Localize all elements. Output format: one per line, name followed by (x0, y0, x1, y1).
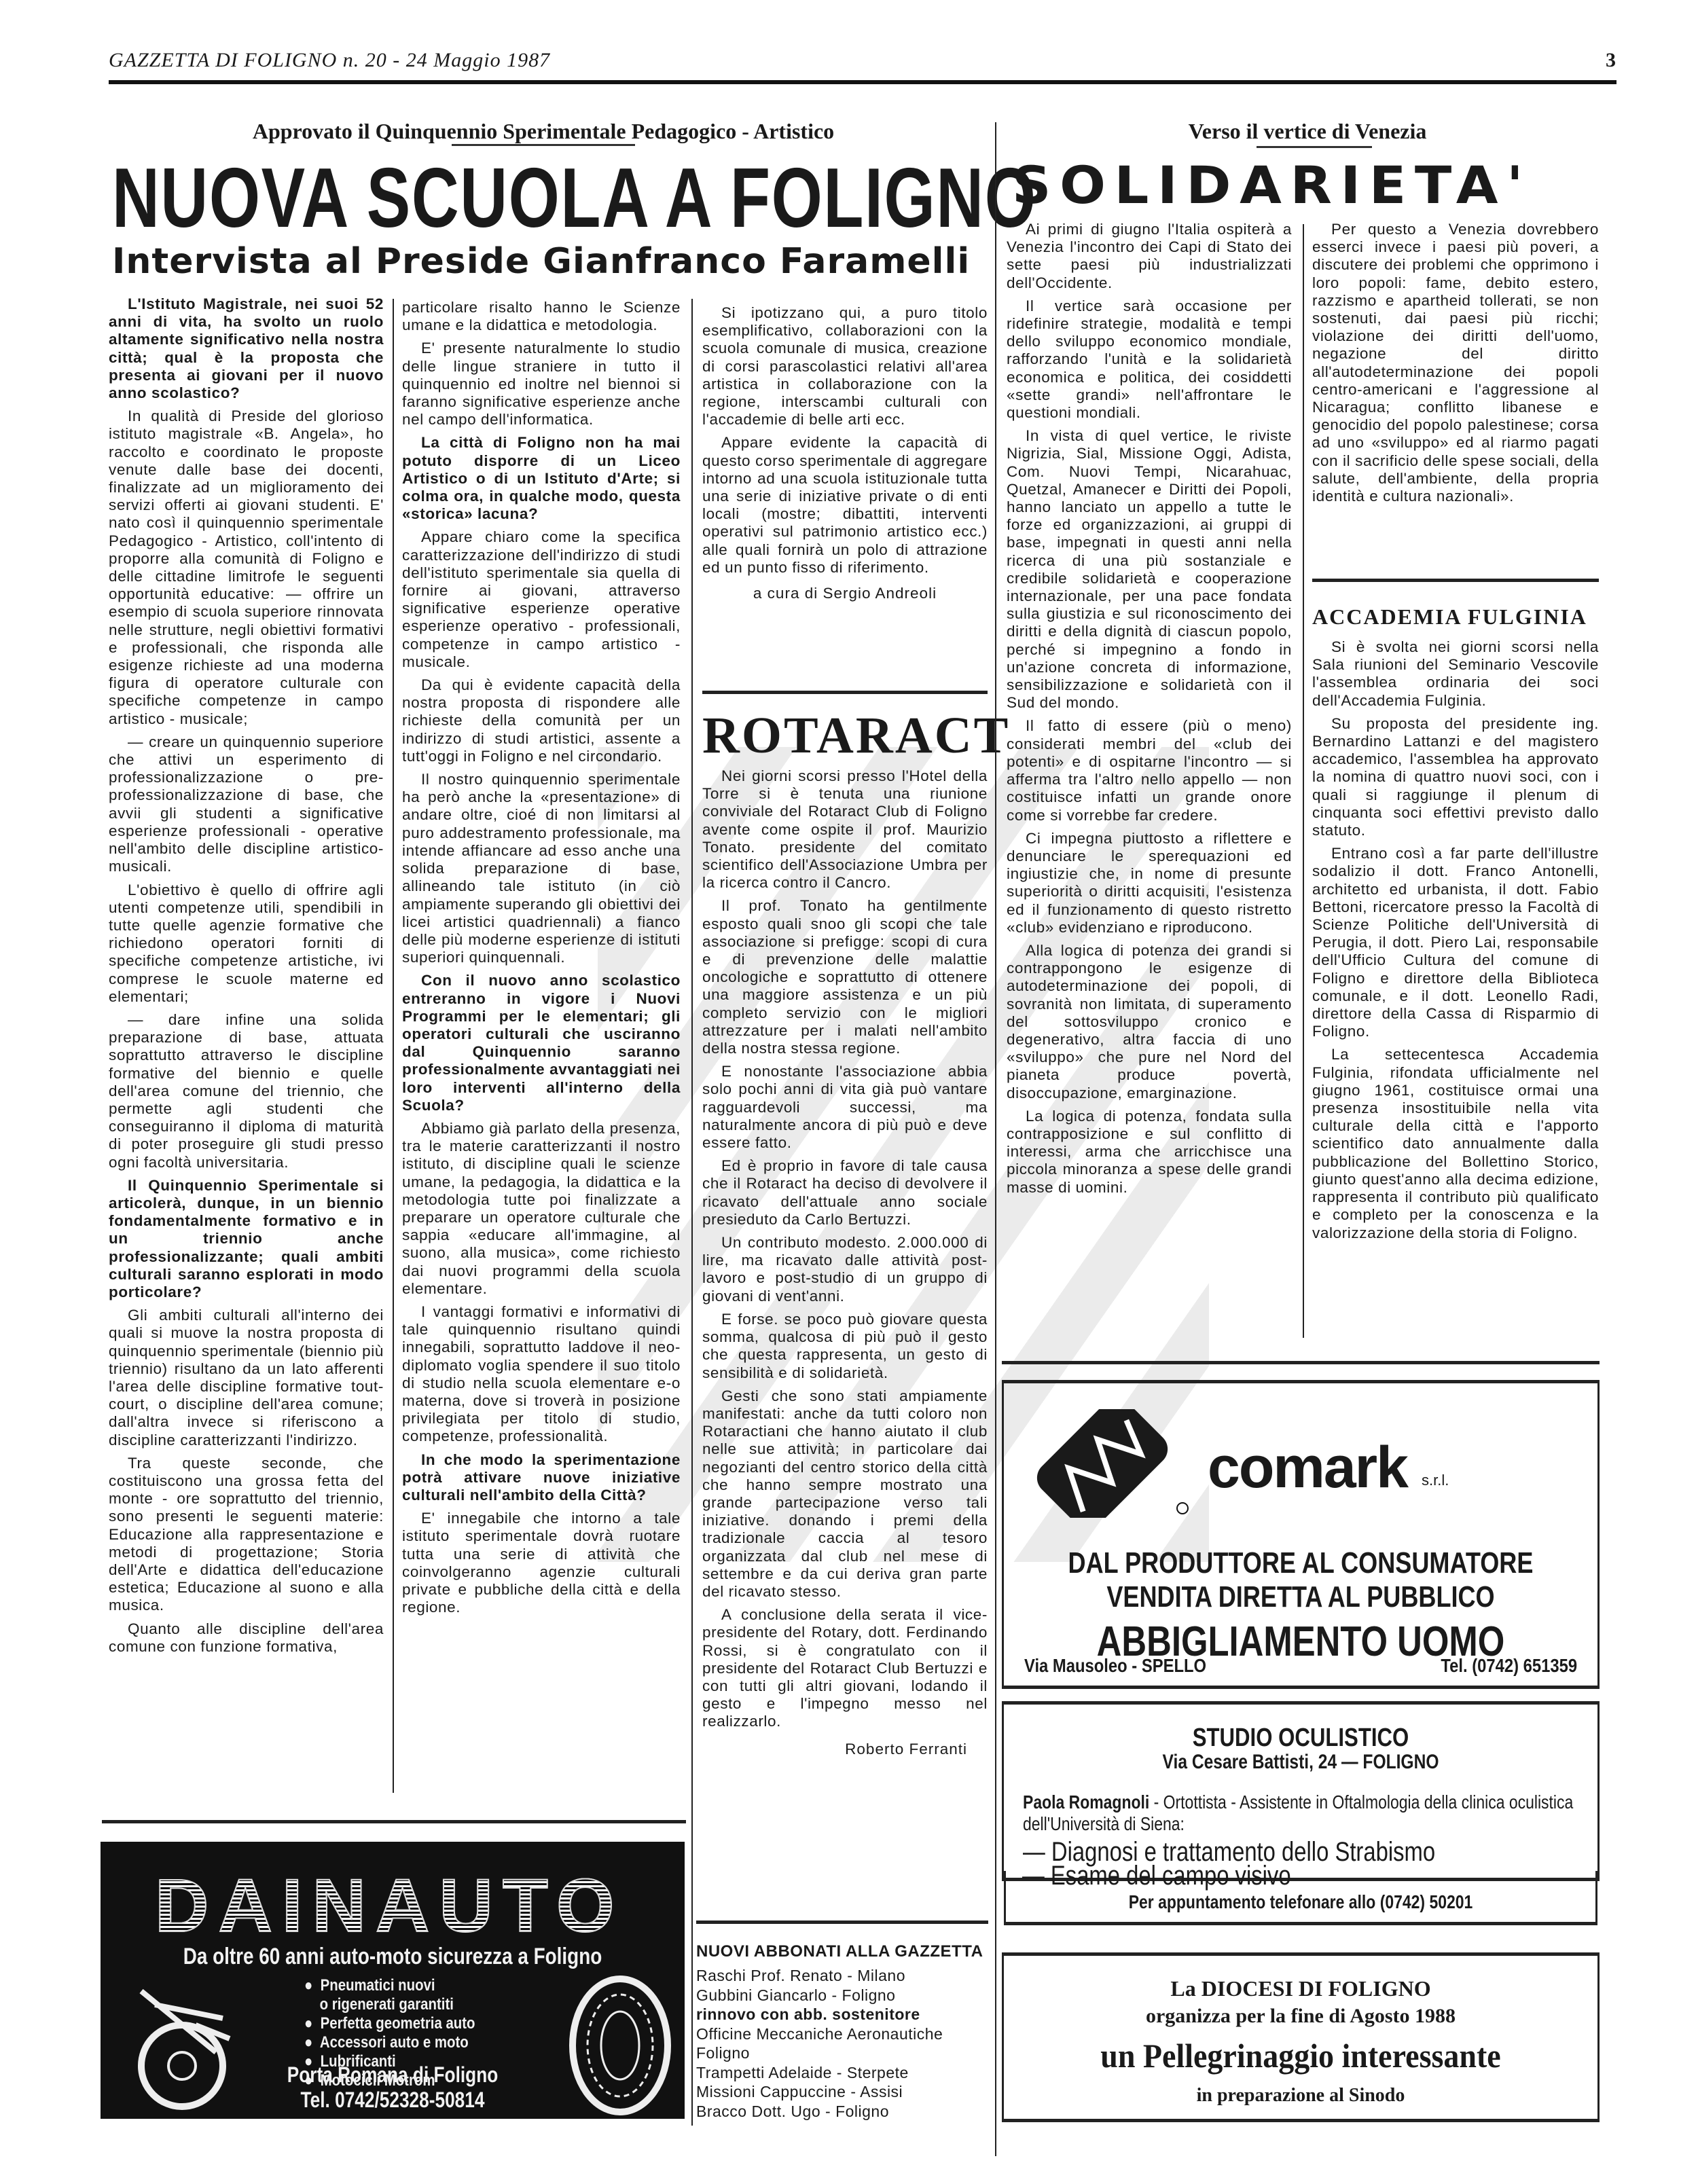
subscriber-line: Trampetti Adelaide - Sterpete (696, 2063, 988, 2083)
paragraph: particolare risalto hanno le Scienze uma… (402, 299, 681, 334)
service-bullet: ● Accessori auto e moto (304, 2033, 535, 2052)
interview-question: Con il nuovo anno scolastico entreranno … (402, 972, 681, 1114)
masthead: GAZZETTA DI FOLIGNO n. 20 - 24 Maggio 19… (109, 49, 1616, 72)
paragraph: Per questo a Venezia dovrebbero esserci … (1312, 221, 1599, 505)
column-divider (691, 299, 693, 2126)
main-article-col-2: particolare risalto hanno le Scienze uma… (402, 299, 681, 1622)
oculistico-ad: STUDIO OCULISTICO Via Cesare Battisti, 2… (1002, 1701, 1600, 1881)
abbonati-list: Raschi Prof. Renato - MilanoGubbini Gian… (696, 1966, 988, 2121)
section-rule (696, 1921, 988, 1924)
paragraph: Un contributo modesto. 2.000.000 di lire… (702, 1234, 988, 1305)
diocesi-line4: in preparazione al Sinodo (1004, 2085, 1597, 2107)
dainauto-ad: DAINAUTO Da oltre 60 anni auto-moto sicu… (101, 1842, 685, 2119)
paragraph: Ed è proprio in favore di tale causa che… (702, 1157, 988, 1228)
kicker-rule (452, 144, 635, 146)
masthead-rule (109, 80, 1616, 84)
subscriber-line: Bracco Dott. Ugo - Foligno (696, 2102, 988, 2122)
paragraph: Il fatto di essere (più o meno) consider… (1007, 717, 1292, 824)
subscriber-line: Gubbini Giancarlo - Foligno (696, 1986, 988, 2005)
subscriber-line: Missioni Cappuccine - Assisi (696, 2082, 988, 2102)
diocesi-line2: organizza per la fine di Agosto 1988 (1004, 2005, 1597, 2028)
solidarieta-kicker: Verso il vertice di Venezia (1005, 119, 1610, 144)
paragraph: Si è svolta nei giorni scorsi nella Sala… (1312, 638, 1599, 710)
section-rule (702, 691, 988, 694)
oculistico-ad-bottom: Per appuntamento telefonare allo (0742) … (1004, 1871, 1597, 1925)
paragraph: Gli ambiti culturali all'interno dei qua… (109, 1307, 384, 1449)
interview-question: La città di Foligno non ha mai potuto di… (402, 434, 681, 523)
paragraph: E nonostante l'associazione abbia solo p… (702, 1063, 988, 1152)
diocesi-ad: La DIOCESI DI FOLIGNO organizza per la f… (1002, 1952, 1600, 2122)
main-headline: NUOVA SCUOLA A FOLIGNO (112, 156, 1036, 240)
paragraph: Il vertice sarà occasione per ridefinire… (1007, 297, 1292, 422)
service-bullet: ● Pneumatici nuovi o rigenerati garantit… (304, 1976, 535, 2014)
comark-address: Via Mausoleo - SPELLO (1024, 1655, 1206, 1677)
paragraph: Il nostro quinquennio sperimentale ha pe… (402, 771, 681, 966)
accademia-headline: ACCADEMIA FULGINIA (1312, 604, 1587, 630)
paragraph: Entrano così a far parte dell'illustre s… (1312, 845, 1599, 1040)
diocesi-line3: un Pellegrinaggio interessante (1028, 2036, 1574, 2075)
oculistico-address: Via Cesare Battisti, 24 — FOLIGNO (1058, 1751, 1545, 1774)
main-kicker: Approvato il Quinquennio Sperimentale Pe… (211, 119, 876, 144)
paragraph: Alla logica di potenza dei grandi si con… (1007, 942, 1292, 1102)
comark-phone: Tel. (0742) 651359 (1441, 1655, 1577, 1677)
paragraph: E forse. se poco può giovare questa somm… (702, 1311, 988, 1382)
paragraph: Quanto alle discipline dell'area comune … (109, 1620, 384, 1656)
paragraph: — dare infine una solida preparazione di… (109, 1011, 384, 1171)
main-subheadline: Intervista al Preside Gianfranco Faramel… (112, 241, 970, 282)
section-rule (1002, 1361, 1600, 1364)
oculistico-appointment: Per appuntamento telefonare allo (0742) … (1059, 1891, 1542, 1913)
dainauto-brand: DAINAUTO (155, 1869, 624, 1944)
paragraph: La logica di potenza, fondata sulla cont… (1007, 1108, 1292, 1197)
dainauto-tagline: Da oltre 60 anni auto-moto sicurezza a F… (153, 1944, 632, 1970)
main-byline: a cura di Sergio Andreoli (702, 585, 988, 602)
paragraph: I vantaggi formativi e informativi di ta… (402, 1303, 681, 1446)
comark-logo-icon (1028, 1409, 1191, 1518)
paragraph: E' presente naturalmente lo studio delle… (402, 340, 681, 429)
comark-line2: VENDITA DIRETTA AL PUBBLICO (1058, 1580, 1545, 1614)
column-divider (995, 122, 996, 2156)
paragraph: Tra queste seconde, che costituiscono un… (109, 1455, 384, 1615)
rotaract-headline: ROTARACT (702, 710, 1010, 761)
paragraph: Nei giorni scorsi presso l'Hotel della T… (702, 767, 988, 892)
paragraph: Abbiamo già parlato della presenza, tra … (402, 1120, 681, 1298)
paragraph: Appare evidente la capacità di questo co… (702, 434, 988, 577)
main-article-col-3: Si ipotizzano qui, a puro titolo esempli… (702, 304, 988, 602)
accademia-article: Si è svolta nei giorni scorsi nella Sala… (1312, 638, 1599, 1248)
comark-line1: DAL PRODUTTORE AL CONSUMATORE (1058, 1546, 1545, 1580)
oculistico-description: Paola Romagnoli - Ortottista - Assistent… (1023, 1791, 1580, 1835)
section-rule (102, 1820, 686, 1823)
main-article-col-1: L'Istituto Magistrale, nei suoi 52 anni … (109, 295, 384, 1661)
service-bullet: ● Perfetta geometria auto (304, 2014, 535, 2033)
interview-question: L'Istituto Magistrale, nei suoi 52 anni … (109, 295, 384, 402)
paragraph: Il prof. Tonato ha gentilmente esposto q… (702, 897, 988, 1057)
column-divider (1303, 224, 1304, 1338)
paragraph: Si ipotizzano qui, a puro titolo esempli… (702, 304, 988, 429)
paragraph: Ci impegna piuttosto a riflettere e denu… (1007, 830, 1292, 936)
paragraph: La settecentesca Accademia Fulginia, rif… (1312, 1046, 1599, 1241)
comark-suffix: s.r.l. (1422, 1472, 1449, 1489)
solidarieta-headline: SOLIDARIETA' (1012, 160, 1532, 211)
oculistico-name: Paola Romagnoli (1023, 1791, 1149, 1813)
interview-question: In che modo la sperimentazione potrà att… (402, 1451, 681, 1505)
dainauto-phone: Tel. 0742/52328-50814 (153, 2088, 632, 2113)
comark-brand: comark (1208, 1434, 1407, 1501)
kicker-rule (1257, 146, 1372, 148)
paragraph: In qualità di Preside del glorioso istit… (109, 407, 384, 728)
paragraph: — creare un quinquennio superiore che at… (109, 733, 384, 876)
paragraph: Ai primi di giugno l'Italia ospiterà a V… (1007, 221, 1292, 292)
paragraph: Da qui è evidente capacità della nostra … (402, 676, 681, 765)
subscriber-line: Raschi Prof. Renato - Milano (696, 1966, 988, 1986)
paragraph: E' innegabile che intorno a tale istitut… (402, 1510, 681, 1616)
abbonati-title: NUOVI ABBONATI ALLA GAZZETTA (696, 1942, 983, 1961)
paragraph: In vista di quel vertice, le riviste Nig… (1007, 427, 1292, 712)
paragraph: L'obiettivo è quello di offrire agli ute… (109, 881, 384, 1006)
section-rule (1312, 579, 1599, 582)
paragraph: Su proposta del presidente ing. Bernardi… (1312, 715, 1599, 839)
paragraph: Appare chiaro come la specifica caratter… (402, 528, 681, 671)
column-divider (393, 299, 394, 1793)
subscriber-line: rinnovo con abb. sostenitore (696, 2005, 988, 2024)
page-number: 3 (1606, 49, 1616, 72)
subscriber-line: Foligno (696, 2043, 988, 2063)
oculistico-title: STUDIO OCULISTICO (1058, 1724, 1545, 1753)
diocesi-line1: La DIOCESI DI FOLIGNO (1004, 1976, 1597, 2001)
paragraph: A conclusione della serata il vice-presi… (702, 1606, 988, 1730)
masthead-title: GAZZETTA DI FOLIGNO n. 20 - 24 Maggio 19… (109, 49, 550, 71)
rotaract-byline: Roberto Ferranti (702, 1741, 988, 1758)
paragraph: Gesti che sono stati ampiamente manifest… (702, 1387, 988, 1601)
comark-ad: comark s.r.l. DAL PRODUTTORE AL CONSUMAT… (1002, 1380, 1600, 1689)
solidarieta-col-2: Per questo a Venezia dovrebbero esserci … (1312, 221, 1599, 511)
rotaract-article: Nei giorni scorsi presso l'Hotel della T… (702, 767, 988, 1758)
solidarieta-col-1: Ai primi di giugno l'Italia ospiterà a V… (1007, 221, 1292, 1202)
subscriber-line: Officine Meccaniche Aeronautiche (696, 2024, 988, 2044)
interview-question: Il Quinquennio Sperimentale si articoler… (109, 1177, 384, 1301)
dainauto-address: Porta Romana di Foligno (153, 2062, 632, 2088)
